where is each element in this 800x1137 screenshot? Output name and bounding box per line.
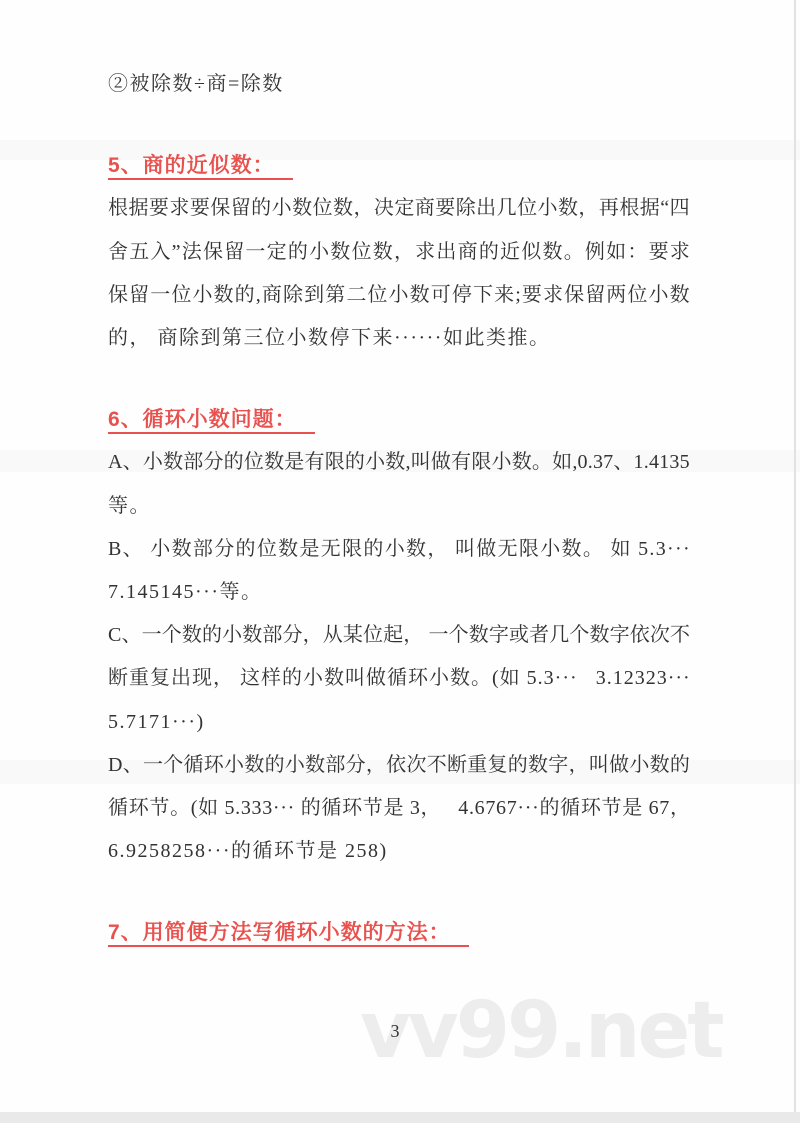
text-line: 7.145145···等。 (108, 571, 690, 614)
watermark-text: vv99.net (360, 986, 722, 1076)
intro-formula: ②被除数÷商=除数 (108, 63, 690, 106)
section-5-paragraph: 根据要求要保留的小数位数，决定商要除出几位小数，再根据“四舍五入”法保留一定的小… (108, 187, 690, 360)
text-line: 保留一位小数的,商除到第二位小数可停下来;要求保留两位小数 (108, 274, 690, 317)
text-line: C、一个数的小数部分，从某位起， 一个数字或者几个数字依次不 (108, 614, 690, 657)
section-6-item-A: A、小数部分的位数是有限的小数,叫做有限小数。如,0.37、1.4135等。 (108, 441, 690, 527)
next-page-gap (0, 1123, 800, 1137)
section-6-item-D: D、一个循环小数的小数部分，依次不断重复的数字，叫做小数的循环节。(如 5.33… (108, 744, 690, 874)
section-6-item-C: C、一个数的小数部分，从某位起， 一个数字或者几个数字依次不断重复出现， 这样的… (108, 614, 690, 744)
text-line: 断重复出现， 这样的小数叫做循环小数。(如 5.3··· 3.12323··· (108, 657, 690, 700)
document-body: ②被除数÷商=除数5、商的近似数：根据要求要保留的小数位数，决定商要除出几位小数… (108, 0, 690, 955)
text-line: 根据要求要保留的小数位数，决定商要除出几位小数，再根据“四 (108, 187, 690, 230)
section-heading-6: 6、循环小数问题： (108, 398, 690, 441)
section-6-item-B: B、 小数部分的位数是无限的小数， 叫做无限小数。 如 5.3···7.1451… (108, 528, 690, 614)
text-line: 循环节。(如 5.333··· 的循环节是 3， 4.6767···的循环节是 … (108, 787, 690, 830)
text-line: ②被除数÷商=除数 (108, 63, 690, 106)
section-heading-7: 7、用简便方法写循环小数的方法： (108, 911, 690, 954)
text-line: A、小数部分的位数是有限的小数,叫做有限小数。如,0.37、1.4135 (108, 441, 690, 484)
text-line: 6.9258258···的循环节是 258) (108, 830, 690, 873)
page-right-edge (794, 0, 796, 1113)
text-line: B、 小数部分的位数是无限的小数， 叫做无限小数。 如 5.3··· (108, 528, 690, 571)
text-line: 等。 (108, 485, 690, 528)
text-line: 舍五入”法保留一定的小数位数，求出商的近似数。例如：要求 (108, 231, 690, 274)
section-heading-5: 5、商的近似数： (108, 144, 690, 187)
page-number: 3 (385, 1021, 405, 1042)
heading-text: 7、用简便方法写循环小数的方法： (108, 921, 469, 947)
page-bottom-edge (0, 1112, 800, 1123)
text-line: D、一个循环小数的小数部分，依次不断重复的数字，叫做小数的 (108, 744, 690, 787)
heading-text: 6、循环小数问题： (108, 408, 315, 434)
document-page: vv99.net ②被除数÷商=除数5、商的近似数：根据要求要保留的小数位数，决… (0, 0, 800, 1137)
heading-text: 5、商的近似数： (108, 154, 293, 180)
text-line: 5.7171···) (108, 701, 690, 744)
text-line: 的， 商除到第三位小数停下来······如此类推。 (108, 317, 690, 360)
